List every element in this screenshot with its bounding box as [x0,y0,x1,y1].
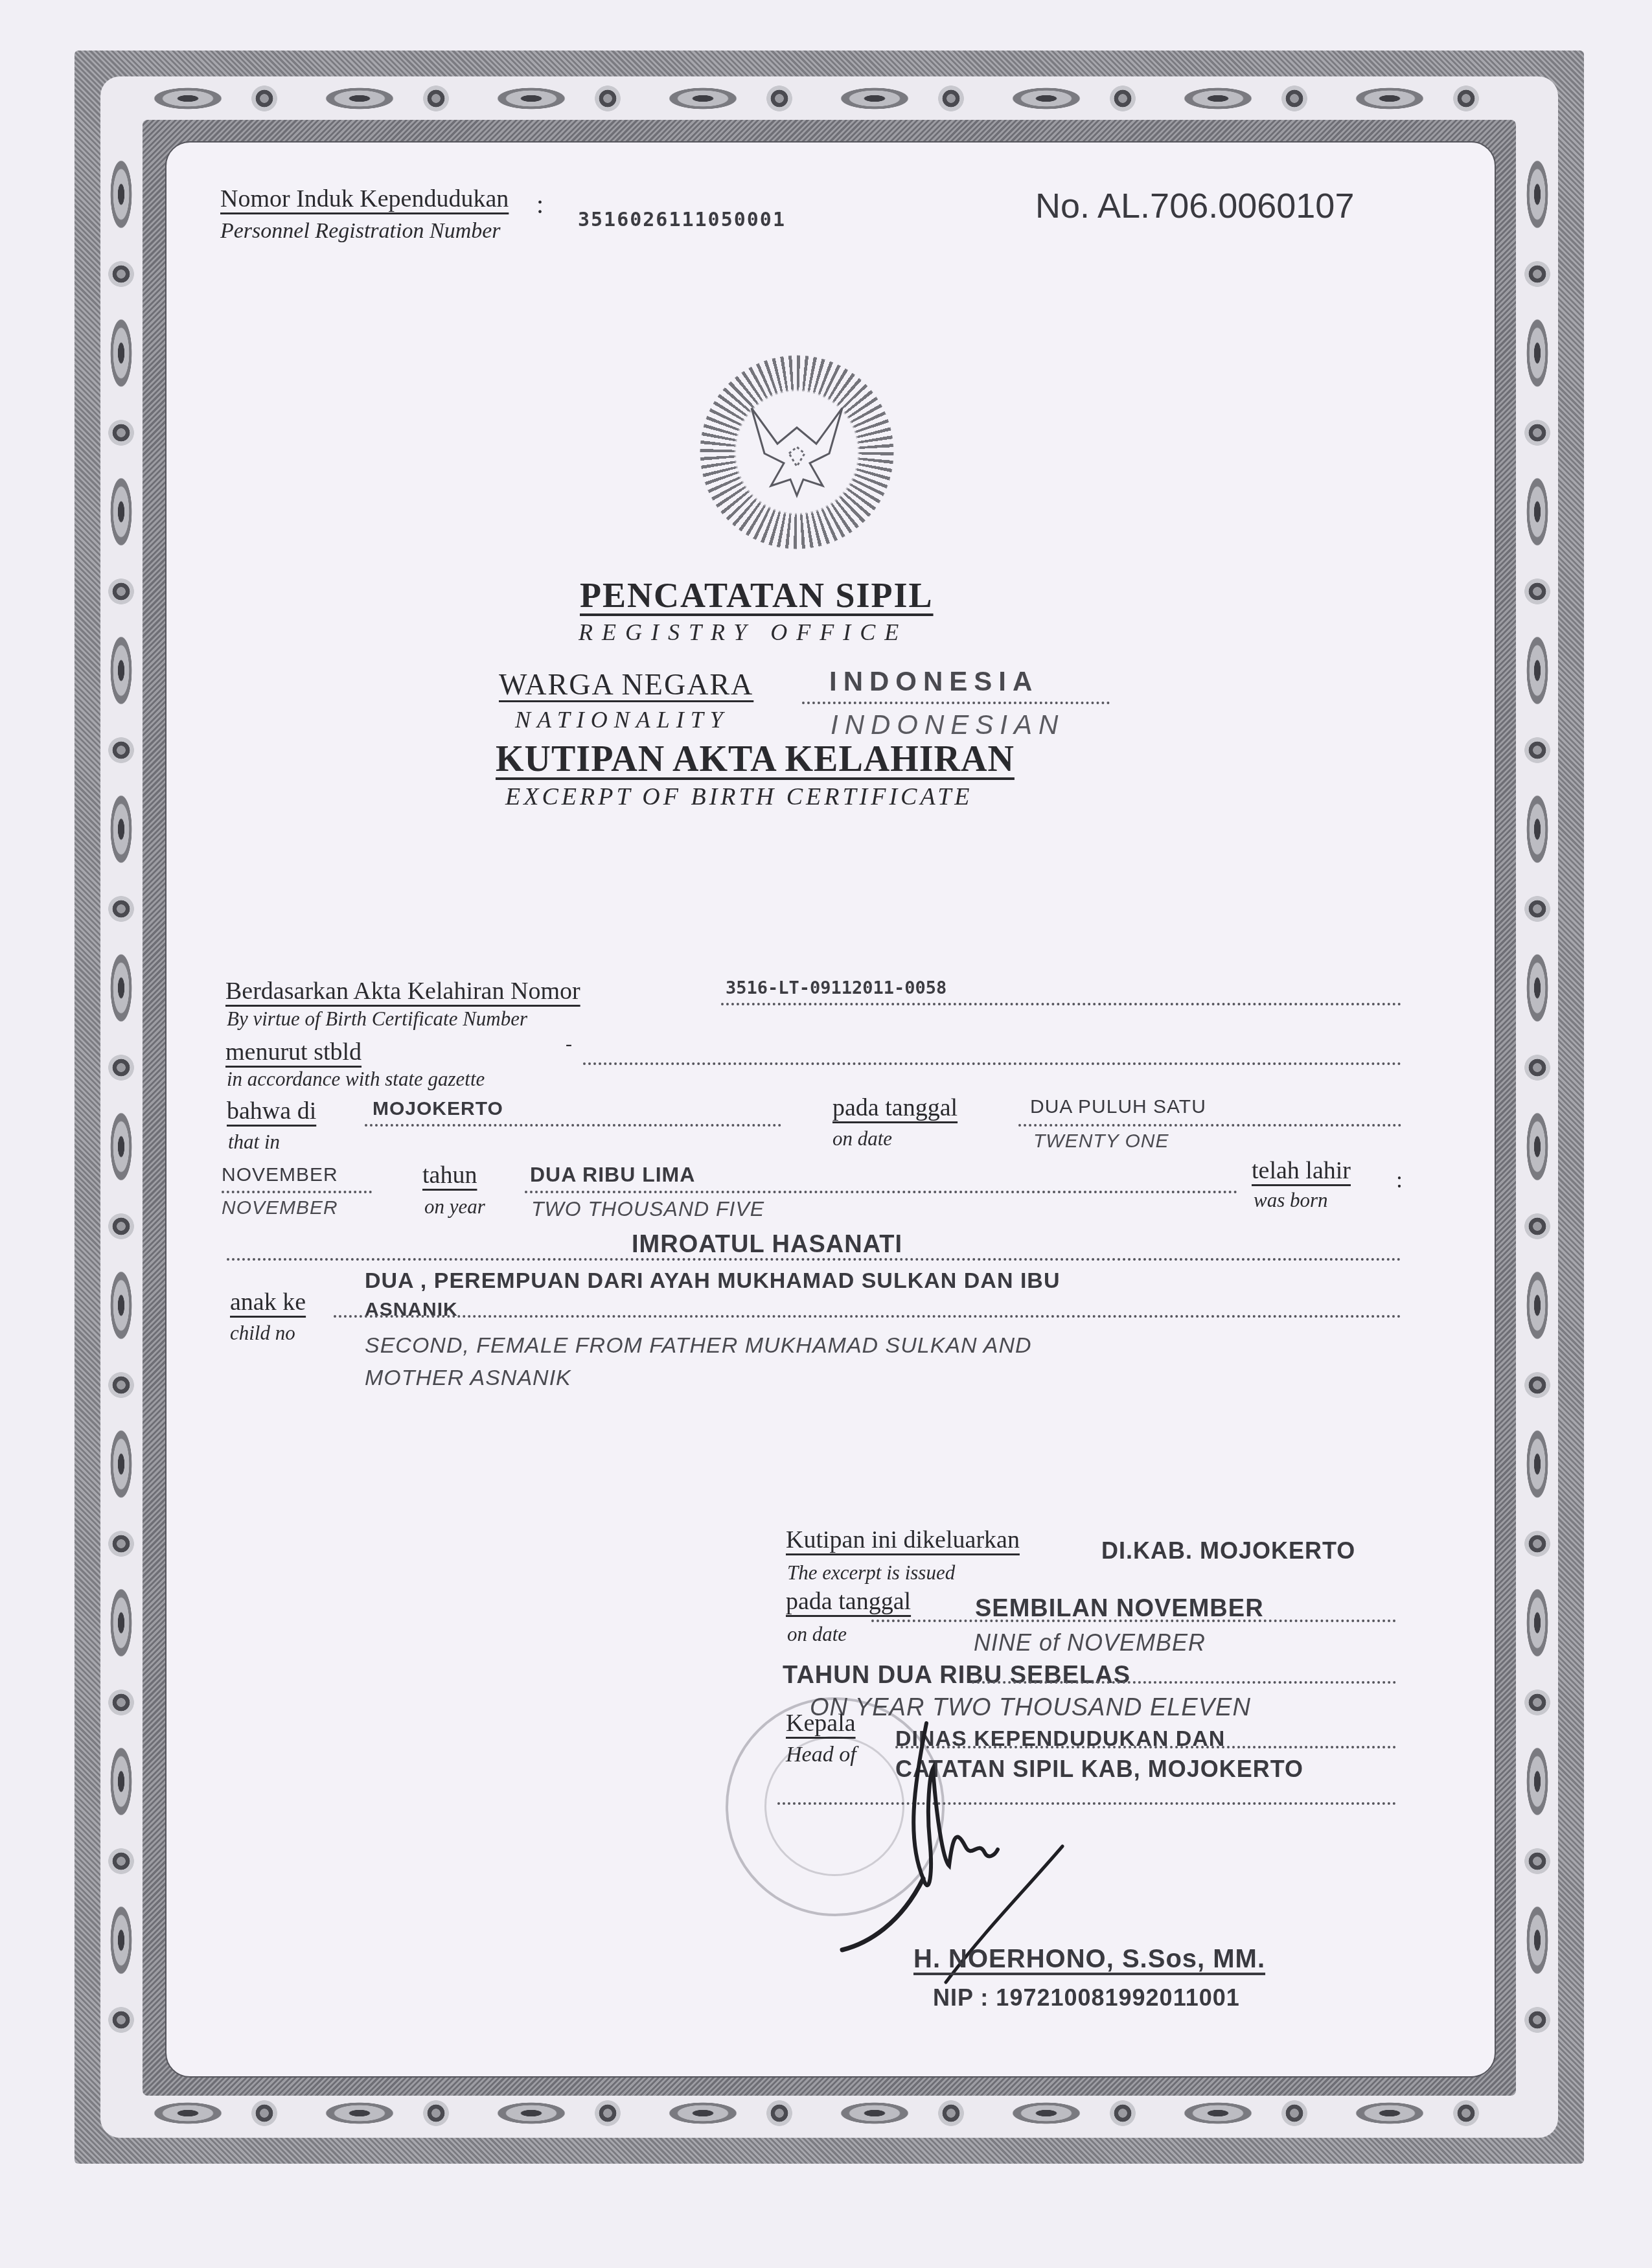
border-ornament-icon [1522,418,1552,448]
issued-label: Kutipan ini dikeluarkan [786,1526,1020,1554]
border-ornament-icon [1525,632,1550,709]
was-born-label-en: was born [1254,1189,1328,1212]
border-ornament-icon [109,949,133,1027]
birth-year-value: DUA RIBU LIMA [530,1163,695,1187]
border-ornament-icon [1522,1688,1552,1717]
cert-number-label: Berdasarkan Akta Kelahiran Nomor [225,977,580,1005]
border-ornament-icon [421,84,451,113]
border-ornament-icon [109,314,133,392]
document-number: No. AL.706.0060107 [1035,186,1354,226]
border-ornament-icon [1525,1108,1550,1186]
child-description-dotted-line [334,1315,1401,1318]
border-ornament-icon [1525,1266,1550,1344]
border-ornament-icon [593,84,623,113]
nationality-label: WARGA NEGARA [499,667,753,702]
issued-label-en: The excerpt is issued [787,1561,955,1585]
birth-place-value: MOJOKERTO [373,1098,503,1120]
border-ornament-icon [836,2101,913,2125]
issued-date-value-en: NINE of NOVEMBER [974,1629,1206,1656]
issued-year-value: TAHUN DUA RIBU SEBELAS [783,1662,1130,1690]
border-ornament-icon [1522,1846,1552,1876]
border-ornament-icon [492,2101,570,2125]
border-ornament-icon [1525,1901,1550,1979]
border-ornament-icon [1179,86,1257,111]
border-ornament-icon [1522,1529,1552,1559]
border-ornament-icon [106,2005,136,2035]
nationality-value-en: INDONESIAN [831,709,1064,740]
border-ornament-icon [1525,790,1550,868]
nationality-label-en: NATIONALITY [515,706,729,733]
signatory-nip: NIP : 197210081992011001 [933,1984,1240,2011]
border-ornament-icon [106,1211,136,1241]
border-ornament-icon [421,2098,451,2128]
cert-number-value: 3516-LT-09112011-0058 [726,978,946,998]
border-ornament-icon [149,86,227,111]
border-ornament-icon [106,259,136,289]
border-ornament-icon [1351,2101,1428,2125]
stbld-label-en: in accordance with state gazette [227,1068,485,1091]
border-ornament-icon [1351,86,1428,111]
border-ornament-icon [836,86,913,111]
border-ornament-icon [1451,2098,1481,2128]
border-ornament-icon [249,2098,279,2128]
registry-office-title-en: REGISTRY OFFICE [579,619,908,646]
issued-place-value: DI.KAB. MOJOKERTO [1101,1537,1355,1564]
nik-label-en: Personnel Registration Number [220,219,501,244]
border-ornament-icon [1525,1743,1550,1820]
border-ornament-icon [764,2098,794,2128]
birth-date-value: DUA PULUH SATU [1030,1096,1206,1118]
cert-number-dotted-line [721,1003,1401,1005]
child-description-en-line2: MOTHER ASNANIK [365,1366,571,1391]
border-ornament-icon [109,632,133,709]
document-title-en: EXCERPT OF BIRTH CERTIFICATE [505,783,973,811]
border-ornament-icon [109,1425,133,1503]
border-ornament-icon [664,2101,742,2125]
nik-label: Nomor Induk Kependudukan [220,185,509,213]
birth-year-label-en: on year [424,1195,485,1219]
border-ornament-icon [106,1370,136,1400]
border-ornament-icon [106,577,136,606]
border-ornament-icon [1522,894,1552,924]
border-ornament-icon [109,1743,133,1820]
birth-date-value-en: TWENTY ONE [1033,1130,1169,1152]
border-ornament-icon [249,84,279,113]
birth-month-dotted-line [222,1191,372,1193]
border-ornament-icon [1525,1584,1550,1662]
border-ornament-icon [106,418,136,448]
birth-month-value: NOVEMBER [222,1164,338,1186]
nik-value: 3516026111050001 [578,209,786,231]
border-ornament-icon [106,894,136,924]
birth-year-dotted-line [525,1191,1237,1193]
birth-place-dotted-line [365,1124,781,1127]
issued-date-dotted-line [871,1620,1396,1622]
child-name: IMROATUL HASANATI [632,1231,902,1259]
birth-month-value-en: NOVEMBER [222,1197,338,1219]
issued-date-label-en: on date [787,1623,847,1646]
border-ornament-icon [1525,314,1550,392]
border-ornament-icon [1451,84,1481,113]
signatory-name: H. NOERHONO, S.Sos, MM. [913,1945,1265,1974]
border-ornament-icon [109,1901,133,1979]
border-ornament-icon [109,1266,133,1344]
border-ornament-icon [109,1108,133,1186]
garuda-bird-icon [732,382,862,512]
border-ornament-icon [1525,949,1550,1027]
border-ornament-icon [1522,1211,1552,1241]
birth-year-value-en: TWO THOUSAND FIVE [531,1197,764,1221]
border-ornament-icon [106,1688,136,1717]
border-ornament-icon [1179,2101,1257,2125]
child-name-dotted-line [227,1258,1401,1261]
border-ornament-icon [149,2101,227,2125]
border-ornament-icon [1522,735,1552,765]
border-ornament-icon [1525,473,1550,551]
border-ornament-icon [1007,86,1085,111]
cert-number-label-en: By virtue of Birth Certificate Number [227,1007,527,1031]
border-ornament-icon [1108,2098,1138,2128]
stbld-dotted-line [583,1062,1401,1065]
child-number-label-en: child no [230,1322,295,1345]
border-ornament-icon [1522,2005,1552,2035]
border-ornament-icon [1525,1425,1550,1503]
border-ornament-icon [1007,2101,1085,2125]
border-ornament-icon [106,1529,136,1559]
stbld-value: - [566,1033,572,1055]
border-ornament-icon [1522,259,1552,289]
border-ornament-icon [321,2101,398,2125]
border-ornament-icon [109,1584,133,1662]
border-ornament-icon [106,735,136,765]
nationality-dotted-line [802,702,1110,704]
border-ornament-icon [593,2098,623,2128]
nik-colon: : [536,189,544,220]
birth-place-label: bahwa di [227,1097,316,1125]
border-ornament-icon [1525,155,1550,233]
border-ornament-icon [1522,1370,1552,1400]
border-ornament-icon [109,790,133,868]
issued-date-value: SEMBILAN NOVEMBER [975,1595,1264,1623]
registry-office-title: PENCATATAN SIPIL [580,575,934,615]
was-born-colon: : [1396,1166,1403,1193]
border-ornament-icon [936,2098,966,2128]
border-ornament-icon [109,155,133,233]
border-ornament-icon [664,86,742,111]
border-ornament-icon [1522,1053,1552,1082]
border-ornament-icon [106,1053,136,1082]
border-ornament-icon [1108,84,1138,113]
birth-year-label: tahun [422,1161,477,1189]
border-ornament-icon [764,84,794,113]
issued-year-dotted-line [972,1681,1396,1684]
birth-place-label-en: that in [228,1130,280,1154]
child-description-line1: DUA , PEREMPUAN DARI AYAH MUKHAMAD SULKA… [365,1268,1060,1294]
border-ornament-icon [1279,84,1309,113]
border-ornament-icon [109,473,133,551]
was-born-label: telah lahir [1252,1156,1351,1185]
document-title: KUTIPAN AKTA KELAHIRAN [496,739,1015,780]
border-ornament-icon [321,86,398,111]
issued-date-label: pada tanggal [786,1587,911,1616]
border-ornament-icon [1522,577,1552,606]
border-ornament-icon [106,1846,136,1876]
birth-date-label-en: on date [832,1127,892,1151]
border-ornament-icon [936,84,966,113]
border-ornament-icon [492,86,570,111]
child-number-label: anak ke [230,1288,306,1316]
stbld-label: menurut stbld [225,1038,361,1066]
border-ornament-icon [1279,2098,1309,2128]
birth-date-dotted-line [1018,1124,1401,1127]
birth-date-label: pada tanggal [832,1094,958,1122]
child-description-en-line1: SECOND, FEMALE FROM FATHER MUKHAMAD SULK… [365,1333,1032,1358]
nationality-value: INDONESIA [829,666,1038,697]
